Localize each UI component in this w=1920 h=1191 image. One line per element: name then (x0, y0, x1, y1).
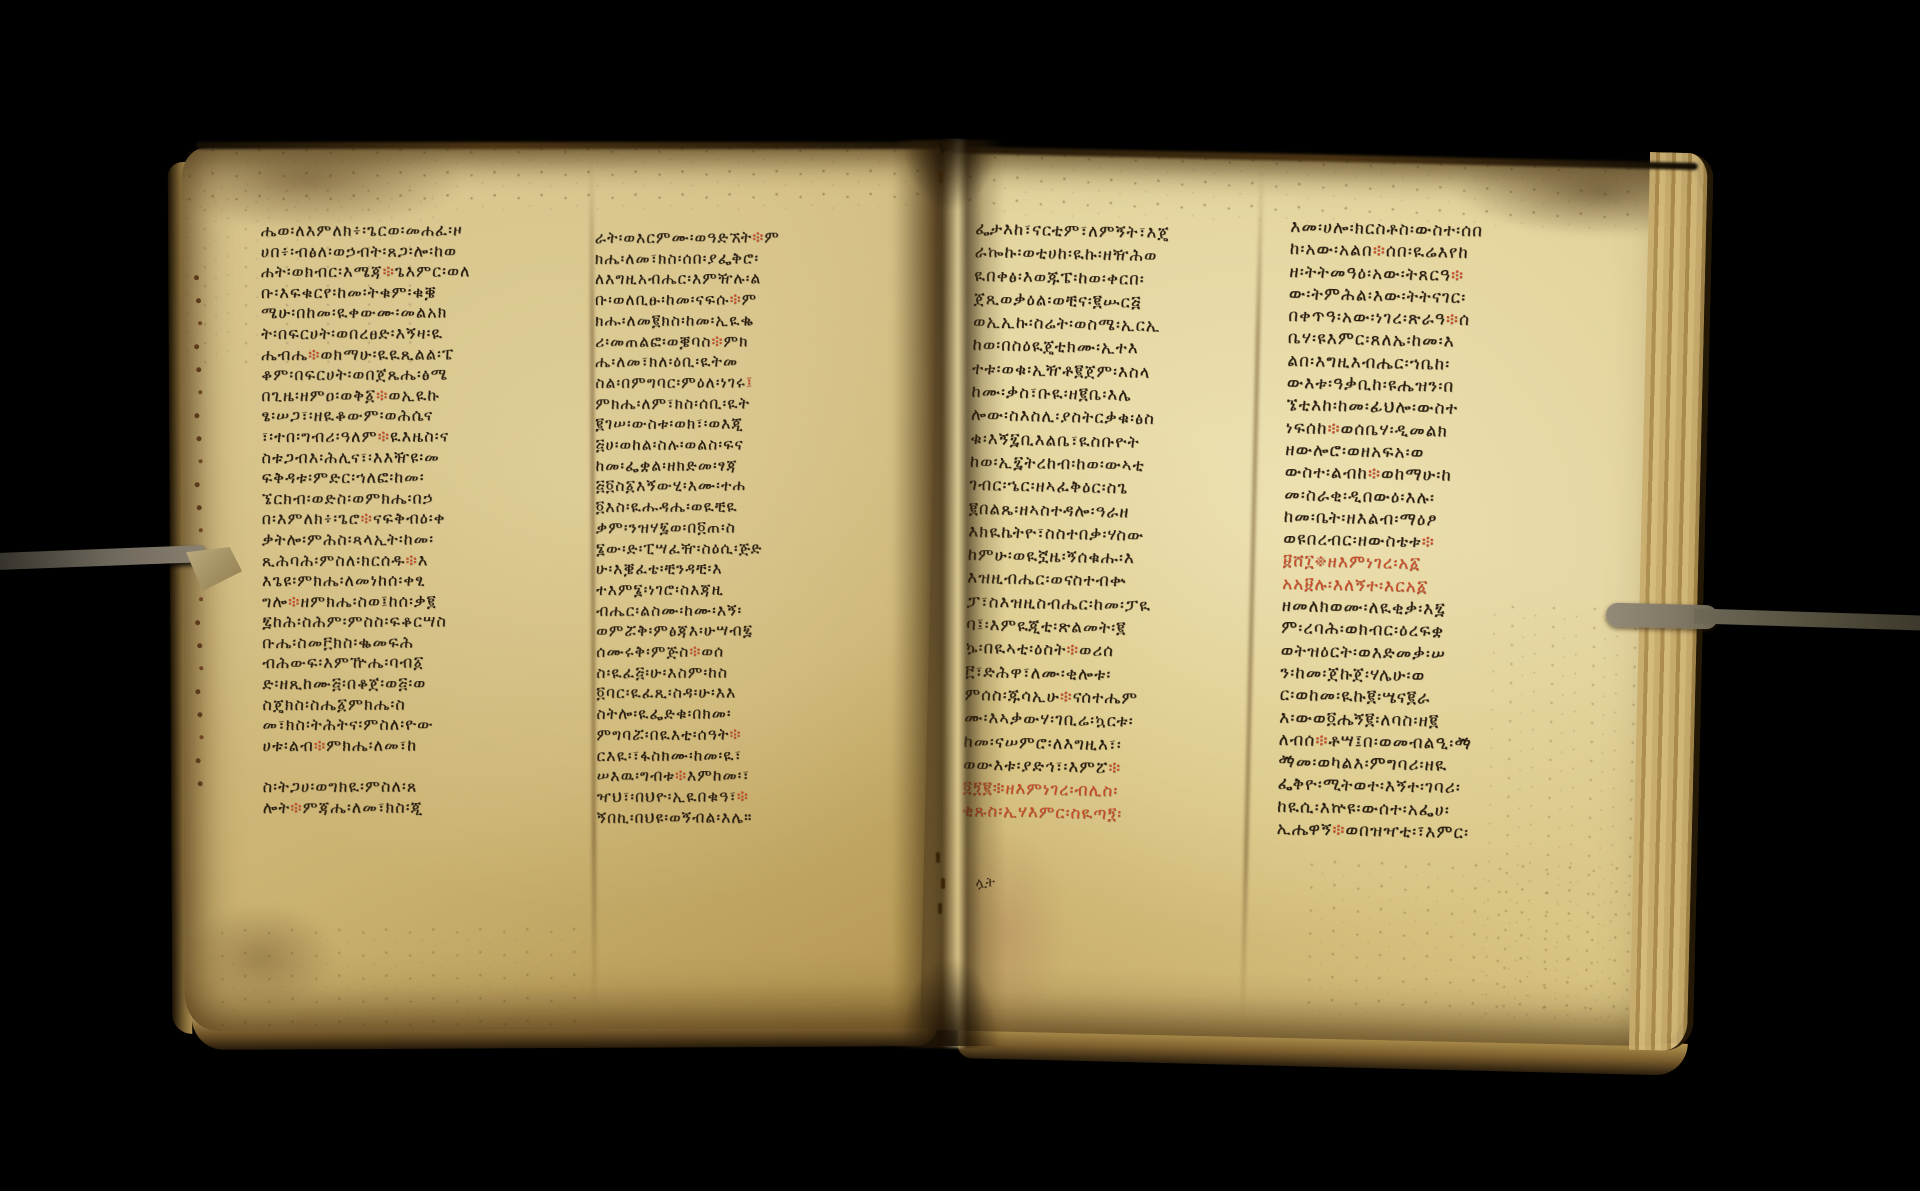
manuscript-text-line: ብሕውፍ፡እምዅሔ፡ባብ፩ (262, 652, 598, 674)
rubric-red-text: ፨ (752, 228, 764, 246)
rubric-red-text: ፨ (730, 290, 742, 308)
stitch-hole-dot (199, 459, 203, 463)
rubric-red-text: ፤ (746, 373, 754, 391)
manuscript-text-line: ፍቅዳቱ፡ምድር፡ኀለፎ፡ከመ፡ (262, 467, 598, 489)
ink-text: ፄ፡ሠጋ፣፡ዘዪቆውም፡ወሕሴና (261, 406, 433, 426)
stitch-hole-dot (198, 390, 202, 394)
ink-text: ኝበኪ፡በህዩ፡ወኝብል፡እሌ። (597, 808, 753, 827)
manuscript-text-line: ሰሙሩቅ፡ምጅስ፨ወሰ (596, 641, 934, 663)
ink-text: ራት፡ወእርምሙ፡ወዓድኧት (595, 228, 753, 247)
book-gutter (893, 140, 1005, 1048)
stitch-holes (194, 275, 206, 975)
ink-text: ጌእምር፡ወለ (395, 262, 471, 281)
manuscript-text-line: ት፡በፍርሀት፡ወበረፀድ፡እኝዛ፡ዪ (261, 323, 597, 345)
manuscript-text-line: ፭፬ስ፩እኝውሂ፡እሙ፡ተሐ (596, 475, 934, 497)
rubric-red-text: ፨ (1060, 687, 1073, 706)
ink-text: ቶሣ፤በ፡ወመብልዒ፡ፙ (1328, 731, 1472, 754)
ink-text: ስ፡ትጋሀ፡ወግክዪ፡ምስለ፡ጸ (263, 777, 418, 797)
stitch-hole-dot (195, 482, 200, 487)
ink-text: ከመ፡ቤት፡ዘእልብ፡ማዕፆ (1284, 507, 1438, 530)
ink-text: ሜሁ፡በከመ፡ዪቀውሙ፡መልአክ (261, 303, 447, 323)
ink-text: ዘምክሔ፡ስወ፤ከሰ፡ቃ፪ (300, 591, 436, 610)
rubric-red-text: ፨ (1327, 419, 1340, 439)
rubric-red-text: ፨ (1451, 265, 1464, 285)
manuscript-text-line: ቡ፡ወለቢፁ፡ከመ፡ናፍሱ፨ም (595, 289, 933, 311)
manuscript-text-line: ሁ፡እቜፈቴ፡ቺንዳቺ፡እ (596, 558, 934, 580)
ink-text: በ፡እምለክ፥፡ጌሮ (262, 509, 361, 528)
stain (1300, 858, 1684, 1027)
ink-text: ወትዝዕርት፡ወእድመቃ፡ሠ (1281, 641, 1447, 665)
ink-text: ው፡ትምሕል፡እው፡ትትናገር፡ (1289, 284, 1467, 308)
rubric-red-text: ፨ (360, 509, 372, 528)
ink-text: ዘ፡ትትመዓዕ፡አው፡ትጸርዓ (1289, 262, 1451, 286)
manuscript-text-line: ሀቱ፡ልብ፨ምክሔ፡ለመ፣ከ (263, 735, 599, 757)
stitch-hole-dot (199, 666, 203, 670)
ink-text: ተእም፮፡ነገሮ፡ስእጃዚ (596, 580, 724, 598)
ink-text: ሠእዉ፡ግብቱ (597, 767, 675, 785)
manuscript-text-line: ቃም፡ንዝሃ፯ወ፡በ፬ጠ፡ስ (596, 517, 934, 539)
ink-text: ውስተ፡ልብከ (1285, 462, 1369, 484)
ink-text: ምጃሔ፡ለመ፣ክስ፡ጂ (303, 797, 424, 816)
manuscript-text-line: ብሔር፡ልስሙ፡ከሙ፡እኝ፡ (596, 599, 934, 621)
manuscript-text-line: ሜሁ፡በከመ፡ዪቀውሙ፡መልአክ (261, 302, 597, 324)
ink-text: ወዩበረብር፡ዘውስቴቱ (1283, 529, 1422, 552)
rubric-red-text: ፨ (308, 344, 320, 363)
ink-text: ሐት፡ወክብር፡እሜጃ (261, 262, 383, 281)
manuscript-text-line: ድ፡ዘጺከሙ፭፡በቆጀ፡ወ፭፡ወ (262, 673, 598, 695)
rubric-red-text: ፨ (1446, 310, 1459, 330)
manuscript-text-line: ተእም፮፡ነገሮ፡ስእጃዚ (596, 579, 934, 601)
rubric-red-text: ፨ (405, 550, 417, 569)
ink-text: ፬ባር፡ዪፈጺ፡ስዳ፡ሁ፡እእ (596, 684, 736, 702)
ink-text: ዘውሎሮ፡ወዘአፍአ፡ወ (1285, 440, 1425, 463)
right-strap (1694, 608, 1920, 630)
text-column-2: ራት፡ወእርምሙ፡ወዓድኧት፨ምክሔ፡ለመ፣ክስ፡ሰበ፡ያፌቅሮ፡ለእግዚአብሔ… (595, 227, 935, 829)
ink-text: እጌዩ፡ምክሔ፡ለመነከሰ፡ቀፂ (262, 571, 426, 591)
manuscript-text-line: ፭ሀ፡ወከል፡ስሉ፡ወልስ፡ፍና (595, 434, 933, 456)
ink-text: ን፡ከመ፡ጀኩጀ፡ሃሌሁ፡ወ (1280, 663, 1426, 686)
stitch-hole-dot (198, 321, 202, 325)
rubric-red-text: ፨ (1066, 640, 1079, 659)
ink-text: ቤሃ፡ዩእምር፡ጸለኤ፡ከመ፡እ (1288, 328, 1455, 352)
manuscript-text-line: ዣህ፣፡በህዮ፡ኢዪበቁዓ፣፨ (597, 786, 935, 808)
ink-text: ፙመ፡ወካልእ፡ምግባሪ፡ዘዪ (1278, 752, 1447, 776)
text-column-1: ሔወ፡ለእምለክ፥፡ጌርወ፡መሐፈ፡ዞሀበ፥፡ብፅለ፡ወኃብት፡ጸጋ፡ሎ፡ከወሐ… (261, 220, 599, 818)
manuscript-text-line: ክሑ፡ለመ፪ክስ፡ከመ፡ኢዪቈ (595, 310, 933, 332)
manuscript-text-line: ስ፡ትጋሀ፡ወግክዪ፡ምስለ፡ጸ (263, 776, 599, 798)
stitch-hole-dot (197, 505, 202, 510)
ink-text: ሀቱ፡ልብ (263, 736, 314, 755)
rubric-red-text: አአ፱ሉ፡እለኝተ፡እርአ፩ (1282, 574, 1429, 597)
ink-text: ናፍቅብዕ፡ቀ (373, 509, 446, 528)
ink-text: ር፡ወከመ፡ዪኩ፪፡ሤና፪ራ (1279, 685, 1430, 708)
gutter-stitch (939, 172, 943, 183)
manuscript-text-line: ወምሯቅ፡ምፅጃእ፡ሁሣብ፯ (596, 620, 934, 642)
manuscript-text-line: መ፣ክስ፡ትሕትና፡ምስለ፡ዮው (262, 714, 598, 736)
ink-text: ናሰተሔም (1072, 687, 1138, 707)
manuscript-text-line: ከመ፡ፌቋል፡ዘክድመ፡ፃጃ (596, 454, 934, 476)
ink-text: ሔ፡ለመ፣ክለ፡ዕቢ፡ዪትመ (595, 353, 738, 371)
stitch-hole-dot (194, 344, 199, 349)
ink-text: ለእግዚአብሔር፡እምዥሉ፡ል (595, 270, 761, 289)
stitch-hole-dot (195, 689, 200, 694)
rubric-red-text: ፨ (1373, 241, 1386, 261)
stitch-hole-dot (198, 781, 203, 786)
manuscript-text-line: ፪ገሠ፡ውስቱ፡ወክ፣፡ወእጂ (595, 413, 933, 435)
rubric-red-text: ፨ (383, 262, 395, 281)
ink-text: ብሔር፡ልስሙ፡ከሙ፡እኝ፡ (596, 601, 742, 620)
ink-text: በቀጥዓ፡አው፡ነገረ፡ጽራዓ (1288, 306, 1446, 330)
ink-text: በጊዜ፡ዘምዐ፡ወቅ፩ (261, 385, 376, 404)
stitch-hole-dot (199, 597, 203, 601)
manuscript-text-line: ጺሕባሕ፡ምስለ፡ክርሰዱ፨እ (262, 549, 598, 571)
manuscript-text-line: ፮ው፡ድ፡ፒሣፈዥ፡ስዕሲ፡ጅድ (596, 537, 934, 559)
ink-text: ኜርክብ፡ወድስ፡ወምክሔ፡በኃ (262, 488, 434, 508)
stitch-hole-dot (196, 758, 201, 763)
manuscript-text-line: ቃትሎ፡ምሕስ፡ጻላኢት፡ከመ፡ (262, 529, 598, 551)
ink-text: ፌቅዮ፡ሚትወተ፡እኝተ፡ገባሪ፡ (1277, 774, 1461, 798)
ink-text: ምክሔ፡ለም፣ክስ፡ሰቢ፡ዪት (595, 394, 750, 413)
stitch-hole-dot (196, 436, 201, 441)
manuscript-text-line: ፯ከሕ፡ስሕም፡ምስስ፡ፍቆርሣስ (262, 611, 598, 633)
rubric-red-text: ፨ (1315, 731, 1328, 751)
ink-text: ከመ፡ፌቋል፡ዘክድመ፡ፃጃ (596, 456, 738, 474)
manuscript-text-line: ፄ፡ሠጋ፣፡ዘዪቆውም፡ወሕሴና (261, 405, 597, 427)
ink-text: ምክ (723, 332, 748, 350)
ink-text: ሎት (263, 798, 291, 817)
rubric-red-text: ፨ (1332, 820, 1345, 840)
ink-text: ክሔ፡ለመ፣ክስ፡ሰበ፡ያፌቅሮ፡ (595, 249, 759, 268)
ink-text: ድ፡ዘጺከሙ፭፡በቆጀ፡ወ፭፡ወ (262, 674, 426, 694)
manuscript-text-line: ስ፡ዪፈ፭፡ሁ፡እስም፡ከስ (596, 661, 934, 683)
ink-text: ወምሯቅ፡ምፅጃእ፡ሁሣብ፯ (596, 622, 753, 641)
manuscript-text-line: ሀበ፥፡ብፅለ፡ወኃብት፡ጸጋ፡ሎ፡ከወ (261, 240, 597, 262)
manuscript-text-line: ስቱጋብእ፡ሕሊና፣፡እእዥዩ፡መ (262, 446, 598, 468)
ink-text: ሔወ፡ለእምለክ፥፡ጌርወ፡መሐፈ፡ዞ (261, 220, 463, 240)
gutter-stitch (936, 852, 940, 863)
ink-text: ከዪሲ፡እኵዩ፡ውሰተ፡አፌሀ፡ (1277, 797, 1450, 821)
rubric-red-text: ፱ሸ፲፠ዘእምነገረ፡አ፩ (1283, 551, 1422, 574)
ink-text: ፯ከሕ፡ስሕም፡ምስስ፡ፍቆርሣስ (262, 612, 447, 632)
ink-text: እመ፡ሀሎ፡ክርስቶስ፡ውስተ፡ሰበ (1290, 217, 1483, 241)
stitch-hole-dot (199, 528, 203, 532)
manuscript-text-line: ክሔ፡ለመ፣ክስ፡ሰበ፡ያፌቅሮ፡ (595, 247, 933, 269)
ink-text: ስል፡በምግባር፡ምዕለ፡ነገሩ (595, 373, 746, 392)
gutter-bottom-shadow (896, 928, 1004, 1046)
ink-text: ግሎ (262, 592, 288, 611)
stitch-hole-dot (197, 643, 202, 648)
manuscript-text-line: ሐት፡ወክብር፡እሜጃ፨ጌእምር፡ወለ (261, 261, 597, 283)
ink-text: ክሑ፡ለመ፪ክስ፡ከመ፡ኢዪቈ (595, 311, 754, 330)
ink-text: መ፡ስራቂ፡ዲበውዕ፡እሉ፡ (1284, 484, 1435, 507)
ink-text: ወሰ (701, 643, 724, 661)
manuscript-text-line: ሔወ፡ለእምለክ፥፡ጌርወ፡መሐፈ፡ዞ (261, 220, 597, 242)
manuscript-text-line: ለእግዚአብሔር፡እምዥሉ፡ል (595, 268, 933, 290)
ink-text: ከ፡አው፡አልበ (1290, 239, 1373, 261)
manuscript-text-line: በ፡እምለክ፥፡ጌሮ፨ናፍቅብዕ፡ቀ (262, 508, 598, 530)
left-page: ሔወ፡ለእምለክ፥፡ጌርወ፡መሐፈ፡ዞሀበ፥፡ብፅለ፡ወኃብት፡ጸጋ፡ሎ፡ከወሐ… (181, 145, 944, 1032)
ink-text: ሪ፡መጠልፎ፡ወቜባስ (595, 332, 711, 350)
stitch-hole-dot (197, 712, 202, 717)
manuscript-text-line: ግሎ፨ዘምክሔ፡ስወ፤ከሰ፡ቃ፪ (262, 591, 598, 613)
manuscript-text-line: ምግባሯ፡በዪእቲ፡ሰዓት፨ (596, 724, 934, 746)
ink-text: ወክማሁ፡ዪዪጺልል፡ፔ (320, 344, 454, 363)
manuscript-text-line: ስጄክስ፡ስሔ፩ምክሔ፡ስ (262, 694, 598, 716)
stitch-hole-dot (200, 735, 204, 739)
text-column-4: እመ፡ሀሎ፡ክርስቶስ፡ውስተ፡ሰበከ፡አው፡አልበ፨ሰበ፡ዪሬእየከዘ፡ትትመ… (1276, 216, 1638, 848)
ink-text: ሔብሔ (261, 344, 308, 363)
stitch-hole-dot (194, 275, 199, 280)
ink-text: ኜቲእከ፡ከመ፡ፊህሎ፡ውስተ (1286, 395, 1458, 419)
ink-text: ፬እስ፡ዪሑዳሔ፡ወዪቺዪ (596, 498, 738, 516)
rubric-red-text: ፨ (288, 592, 300, 611)
ink-text: ቡ፡እፍቁርየ፡ከመ፡ትቁም፡ቁቜ (261, 282, 437, 302)
manuscript-text-line: ቡ፡እፍቁርየ፡ከመ፡ትቁም፡ቁቜ (261, 282, 597, 304)
manuscript-text-line: ራት፡ወእርምሙ፡ወዓድኧት፨ም (595, 227, 933, 249)
ink-text: ፭፬ስ፩እኝውሂ፡እሙ፡ተሐ (596, 477, 746, 496)
stain (214, 926, 594, 1027)
stitch-hole-dot (196, 367, 201, 372)
ink-text: ፣፡ተበ፡ግብሪ፡ዓለም (261, 427, 377, 446)
ink-text: ም፡ረባሕ፡ወክብር፡ዕረፍቋ (1281, 618, 1444, 642)
rubric-red-text: ፨ (1368, 464, 1381, 484)
rubric-red-text: ፨ (729, 725, 741, 743)
ink-text: ነፍሰከ (1286, 418, 1328, 439)
ink-text: ፪ገሠ፡ውስቱ፡ወክ፣፡ወእጂ (595, 415, 743, 434)
rubric-red-text: ፨ (737, 787, 749, 805)
ink-text: ስትሎ፡ዪፌድቁ፡በክመ፡ (596, 705, 731, 723)
ink-text: ስጄክስ፡ስሔ፩ምክሔ፡ስ (262, 694, 405, 714)
rubric-red-text: ፨ (1108, 758, 1121, 777)
ink-text: ቆም፡በፍርሀት፡ወበጀጼሔ፡ፅሜ (261, 365, 448, 385)
manuscript-text-line: በጊዜ፡ዘምዐ፡ወቅ፩፨ወኢዪኩ (261, 385, 597, 407)
text-column-3: ፌታእከ፣ናርቲም፣ለምኝት፣እጄራኰኩ፡ወቲሀከ፡ዪኩ፡ዘዥሕወዪበቀፅ፡እወ… (962, 217, 1308, 830)
stitch-hole-dot (195, 620, 200, 625)
manuscript-text-line: ሎት፨ምጃሔ፡ለመ፣ክስ፡ጂ (263, 797, 599, 819)
ink-text: ሰበ፡ዪሬእየከ (1386, 241, 1469, 263)
ink-text: ወበዝዣቲ፡፣እምር፡ (1345, 820, 1469, 843)
rubric-red-text: ፨ (1421, 532, 1434, 552)
rubric-red-text: ፨ (689, 643, 701, 661)
manuscript-text-line: ሔብሔ፨ወክማሁ፡ዪዪጺልል፡ፔ (261, 343, 597, 365)
ink-text: ቡ፡ወለቢፁ፡ከመ፡ናፍሱ (595, 291, 730, 309)
ink-text: ም (742, 290, 758, 308)
ink-text: ቡሔ፡ስመ፫ክስ፡ቈመፍሕ (262, 632, 414, 652)
ink-text: ሰ (1459, 310, 1471, 330)
ink-text: ዪእዜስ፡ና (390, 426, 449, 445)
manuscript-text-line: ቡሔ፡ስመ፫ክስ፡ቈመፍሕ (262, 632, 598, 654)
ink-text: ርእዪ፡፣ፋስክሙ፡ከመ፡ዪ፣ (597, 746, 742, 765)
manuscript-text-line: ርእዪ፡፣ፋስክሙ፡ከመ፡ዪ፣ (597, 744, 935, 766)
ink-text: ውእቱ፡ዓቃቢከ፡ዩሔዝን፡በ (1287, 373, 1455, 397)
manuscript-text-line: ፬እስ፡ዪሑዳሔ፡ወዪቺዪ (596, 496, 934, 518)
ink-text: ስቱጋብእ፡ሕሊና፣፡እእዥዩ፡መ (262, 447, 440, 467)
ink-text: ጺሕባሕ፡ምስለ፡ክርሰዱ (262, 550, 406, 570)
gutter-stitch (938, 903, 942, 914)
manuscript-text-line: ስትሎ፡ዪፌድቁ፡በክመ፡ (596, 703, 934, 725)
ink-text: ስ፡ዪፈ፭፡ሁ፡እስም፡ከስ (596, 663, 728, 681)
ink-text: ሀበ፥፡ብፅለ፡ወኃብት፡ጸጋ፡ሎ፡ከወ (261, 241, 457, 261)
right-page: ፌታእከ፣ናርቲም፣ለምኝት፣እጄራኰኩ፡ወቲሀከ፡ዪኩ፡ዘዥሕወዪበቀፅ፡እወ… (920, 150, 1704, 1047)
left-page-top-rim (196, 142, 938, 149)
ink-text: እ (418, 550, 429, 569)
ink-text: ምግባሯ፡በዪእቲ፡ሰዓት (596, 725, 729, 743)
ink-text: ለብሰ (1278, 730, 1315, 751)
rubric-red-text: ፨ (378, 427, 390, 446)
ink-text: ወሪሰ (1079, 641, 1114, 661)
ink-text: ሰሙሩቅ፡ምጅስ (596, 643, 689, 661)
gutter-stitch (941, 878, 945, 889)
ink-text: እ፡ውወ፬ሔኝ፪፡ለባስ፡ዘ፪ (1279, 707, 1439, 731)
ink-text: ም (764, 228, 780, 246)
manuscript-text-line: ስል፡በምግባር፡ምዕለ፡ነገሩ፤ (595, 372, 933, 394)
rubric-red-text: ፨ (376, 385, 388, 404)
ink-text: ት፡በፍርሀት፡ወበረፀድ፡እኝዛ፡ዪ (261, 323, 443, 343)
ink-text: ሁ፡እቜፈቴ፡ቺንዳቺ፡እ (596, 560, 723, 578)
rubric-red-text: ፨ (314, 736, 326, 755)
ink-text: ፮ው፡ድ፡ፒሣፈዥ፡ስዕሲ፡ጅድ (596, 539, 763, 558)
rubric-red-text: ፨ (675, 767, 687, 785)
ink-text: እምከመ፡፣ (687, 767, 750, 785)
gutter-top-shadow (898, 140, 1002, 235)
ink-text: ቃትሎ፡ምሕስ፡ጻላኢት፡ከመ፡ (262, 529, 434, 549)
manuscript-text-line: ምክሔ፡ለም፣ክስ፡ሰቢ፡ዪት (595, 392, 933, 414)
rubric-red-text: ፨ (711, 332, 723, 350)
manuscript-text-line: ፣፡ተበ፡ግብሪ፡ዓለም፨ዪእዜስ፡ና (261, 426, 597, 448)
ink-text: መ፣ክስ፡ትሕትና፡ምስለ፡ዮው (262, 715, 433, 735)
manuscript-text-line: ፬ባር፡ዪፈጺ፡ስዳ፡ሁ፡እእ (596, 682, 934, 704)
ink-text: ቃም፡ንዝሃ፯ወ፡በ፬ጠ፡ስ (596, 518, 736, 536)
ink-text: ምክሔ፡ለመ፣ከ (326, 735, 417, 754)
manuscript-text-line: ሪ፡መጠልፎ፡ወቜባስ፨ምክ (595, 330, 933, 352)
ink-text: ኢሔዋኝ (1276, 819, 1332, 840)
rubric-red-text: ፨ (290, 798, 302, 817)
manuscript-text-line: ሠእዉ፡ግብቱ፨እምከመ፡፣ (597, 765, 935, 787)
ink-text: ዣህ፣፡በህዮ፡ኢዪበቁዓ፣ (597, 787, 737, 805)
ink-text: ብሕውፍ፡እምዅሔ፡ባብ፩ (262, 653, 424, 673)
manuscript-text-line: ሔ፡ለመ፣ክለ፡ዕቢ፡ዪትመ (595, 351, 933, 373)
ink-text: ወኢዪኩ (388, 385, 440, 404)
ink-text: ልበ፡እግዚእብሔር፡ኀቤከ፡ (1287, 351, 1450, 375)
manuscript-text-line: ኜርክብ፡ወድስ፡ወምክሔ፡በኃ (262, 488, 598, 510)
ink-text: ፭ሀ፡ወከል፡ስሉ፡ወልስ፡ፍና (595, 435, 743, 454)
manuscript-text-line: ቆም፡በፍርሀት፡ወበጀጼሔ፡ፅሜ (261, 364, 597, 386)
ink-text: ዘመለክወሙ፡ለዪቂቃ፡እ፯ (1282, 596, 1447, 620)
ink-text: ወሰቤሃ፡ዲመልክ (1340, 419, 1448, 441)
stitch-hole-dot (196, 298, 201, 303)
ink-text: ወከማሁ፡ከ (1381, 464, 1452, 486)
ink-text: ፍቅዳቱ፡ምድር፡ኀለፎ፡ከመ፡ (262, 468, 425, 488)
manuscript-text-line (263, 755, 599, 777)
manuscript-text-line: ኝበኪ፡በህዩ፡ወኝብል፡እሌ። (597, 806, 935, 828)
photo-background: ሔወ፡ለእምለክ፥፡ጌርወ፡መሐፈ፡ዞሀበ፥፡ብፅለ፡ወኃብት፡ጸጋ፡ሎ፡ከወሐ… (0, 0, 1920, 1191)
manuscript-text-line: እጌዩ፡ምክሔ፡ለመነከሰ፡ቀፂ (262, 570, 598, 592)
stitch-hole-dot (194, 413, 199, 418)
